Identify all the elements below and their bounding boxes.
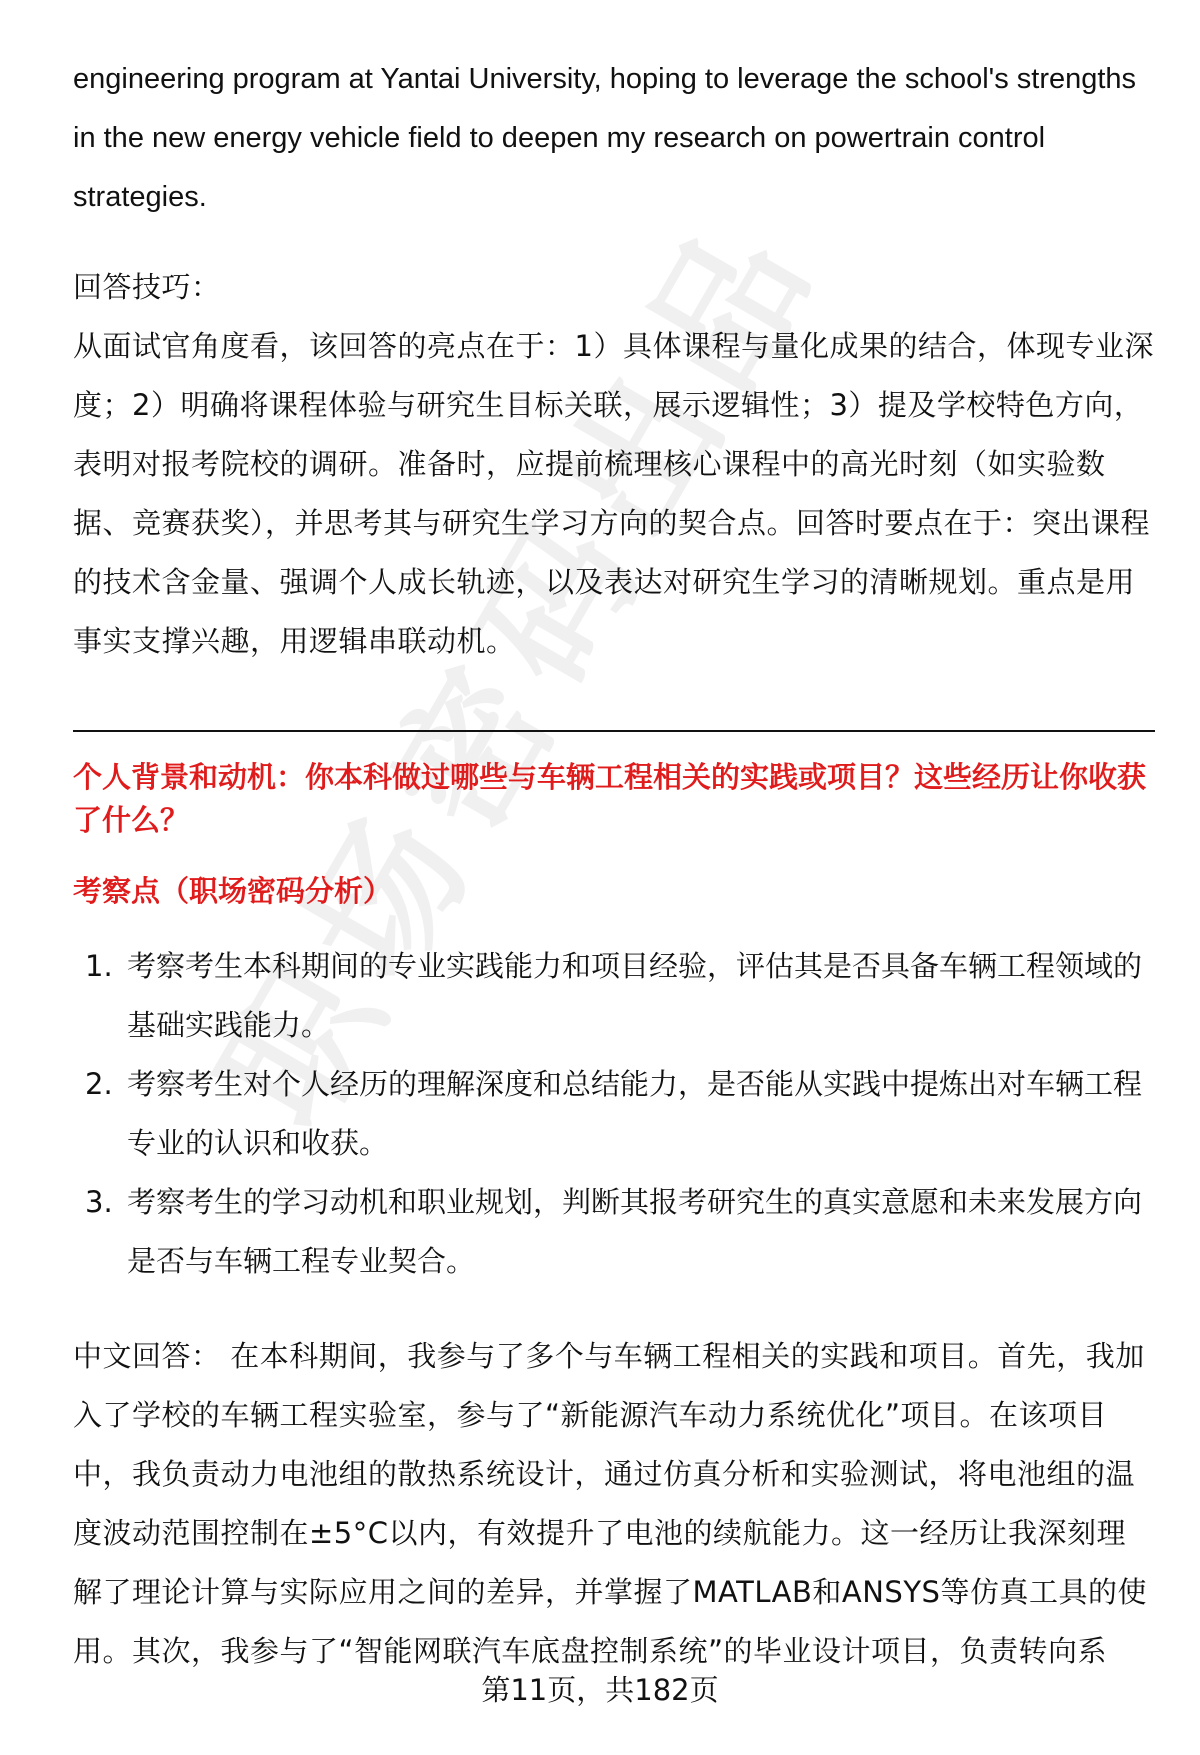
answer-body: 在本科期间，我参与了多个与车辆工程相关的实践和项目。首先，我加入了学校的车辆工程… bbox=[73, 1339, 1147, 1668]
answer-paragraph: 中文回答： 在本科期间，我参与了多个与车辆工程相关的实践和项目。首先，我加入了学… bbox=[73, 1327, 1155, 1681]
list-item: 2. 考察考生对个人经历的理解深度和总结能力，是否能从实践中提炼出对车辆工程专业… bbox=[73, 1055, 1155, 1173]
list-text: 考察考生对个人经历的理解深度和总结能力，是否能从实践中提炼出对车辆工程专业的认识… bbox=[127, 1067, 1142, 1160]
section-divider bbox=[73, 730, 1155, 732]
tips-body: 从面试官角度看，该回答的亮点在于：1）具体课程与量化成果的结合，体现专业深度；2… bbox=[73, 317, 1155, 671]
analysis-subhead: 考察点（职场密码分析） bbox=[73, 870, 392, 913]
answer-label: 中文回答： bbox=[73, 1339, 221, 1373]
list-number: 1. bbox=[85, 937, 113, 996]
list-text: 考察考生的学习动机和职业规划，判断其报考研究生的真实意愿和未来发展方向是否与车辆… bbox=[127, 1185, 1142, 1278]
tips-label: 回答技巧： bbox=[73, 258, 221, 317]
page-number: 第11页，共182页 bbox=[0, 1670, 1200, 1710]
intro-paragraph-en: engineering program at Yantai University… bbox=[73, 50, 1155, 227]
question-title: 个人背景和动机：你本科做过哪些与车辆工程相关的实践或项目？这些经历让你收获了什么… bbox=[73, 756, 1155, 842]
list-text: 考察考生本科期间的专业实践能力和项目经验，评估其是否具备车辆工程领域的基础实践能… bbox=[127, 949, 1142, 1042]
list-number: 3. bbox=[85, 1173, 113, 1232]
analysis-points-list: 1. 考察考生本科期间的专业实践能力和项目经验，评估其是否具备车辆工程领域的基础… bbox=[73, 937, 1155, 1291]
list-item: 3. 考察考生的学习动机和职业规划，判断其报考研究生的真实意愿和未来发展方向是否… bbox=[73, 1173, 1155, 1291]
list-number: 2. bbox=[85, 1055, 113, 1114]
list-item: 1. 考察考生本科期间的专业实践能力和项目经验，评估其是否具备车辆工程领域的基础… bbox=[73, 937, 1155, 1055]
